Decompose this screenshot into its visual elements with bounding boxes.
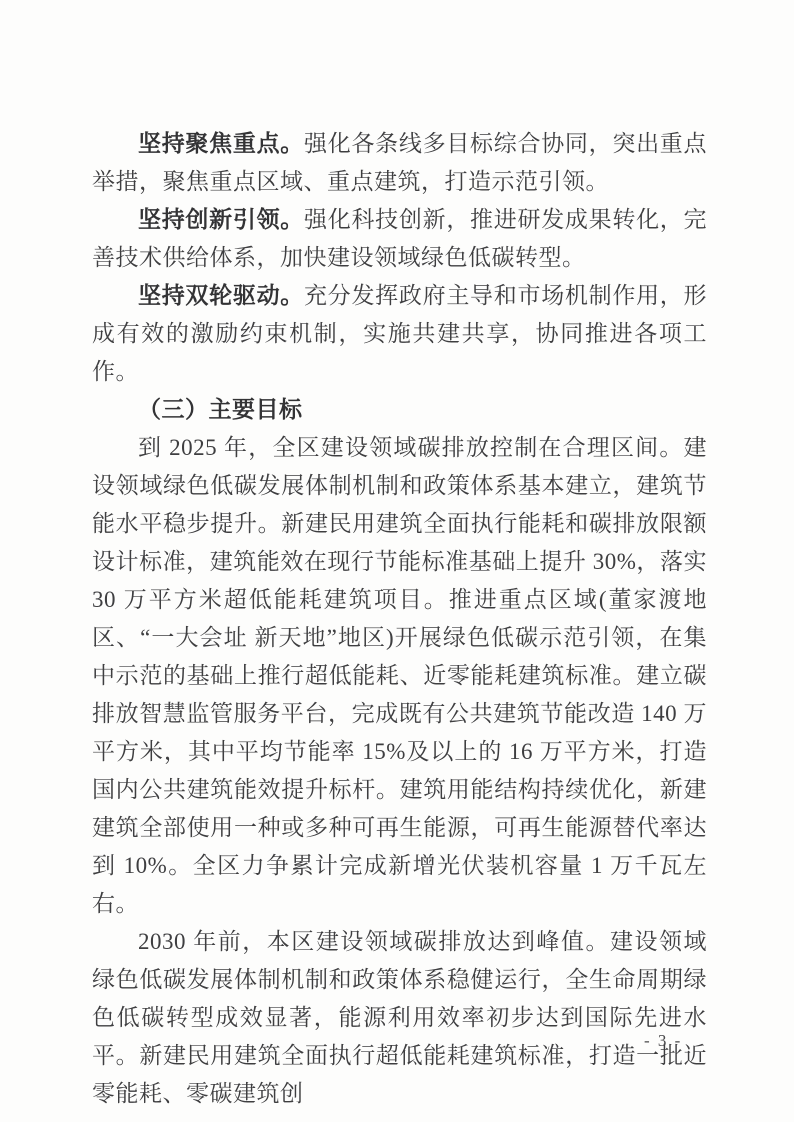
principle-paragraph-innovation: 坚持创新引领。强化科技创新，推进研发成果转化，完善技术供给体系，加快建设领域绿色… (92, 201, 707, 277)
principle-lead-focus: 坚持聚焦重点。 (138, 131, 304, 156)
principle-paragraph-focus: 坚持聚焦重点。强化各条线多目标综合协同，突出重点举措，聚焦重点区域、重点建筑，打… (92, 125, 707, 201)
section-heading-main-goals: （三）主要目标 (92, 391, 707, 429)
principle-paragraph-dual-drive: 坚持双轮驱动。充分发挥政府主导和市场机制作用，形成有效的激励约束机制，实施共建共… (92, 277, 707, 391)
document-body: 坚持聚焦重点。强化各条线多目标综合协同，突出重点举措，聚焦重点区域、重点建筑，打… (92, 125, 707, 1113)
principle-lead-innovation: 坚持创新引领。 (138, 207, 304, 232)
principle-lead-dual-drive: 坚持双轮驱动。 (138, 283, 304, 308)
goal-paragraph-2025: 到 2025 年，全区建设领域碳排放控制在合理区间。建设领域绿色低碳发展体制机制… (92, 429, 707, 923)
document-page: 坚持聚焦重点。强化各条线多目标综合协同，突出重点举措，聚焦重点区域、重点建筑，打… (0, 0, 794, 1122)
page-number: - 3 - (644, 1030, 682, 1052)
goal-paragraph-2030: 2030 年前，本区建设领域碳排放达到峰值。建设领域绿色低碳发展体制机制和政策体… (92, 923, 707, 1113)
